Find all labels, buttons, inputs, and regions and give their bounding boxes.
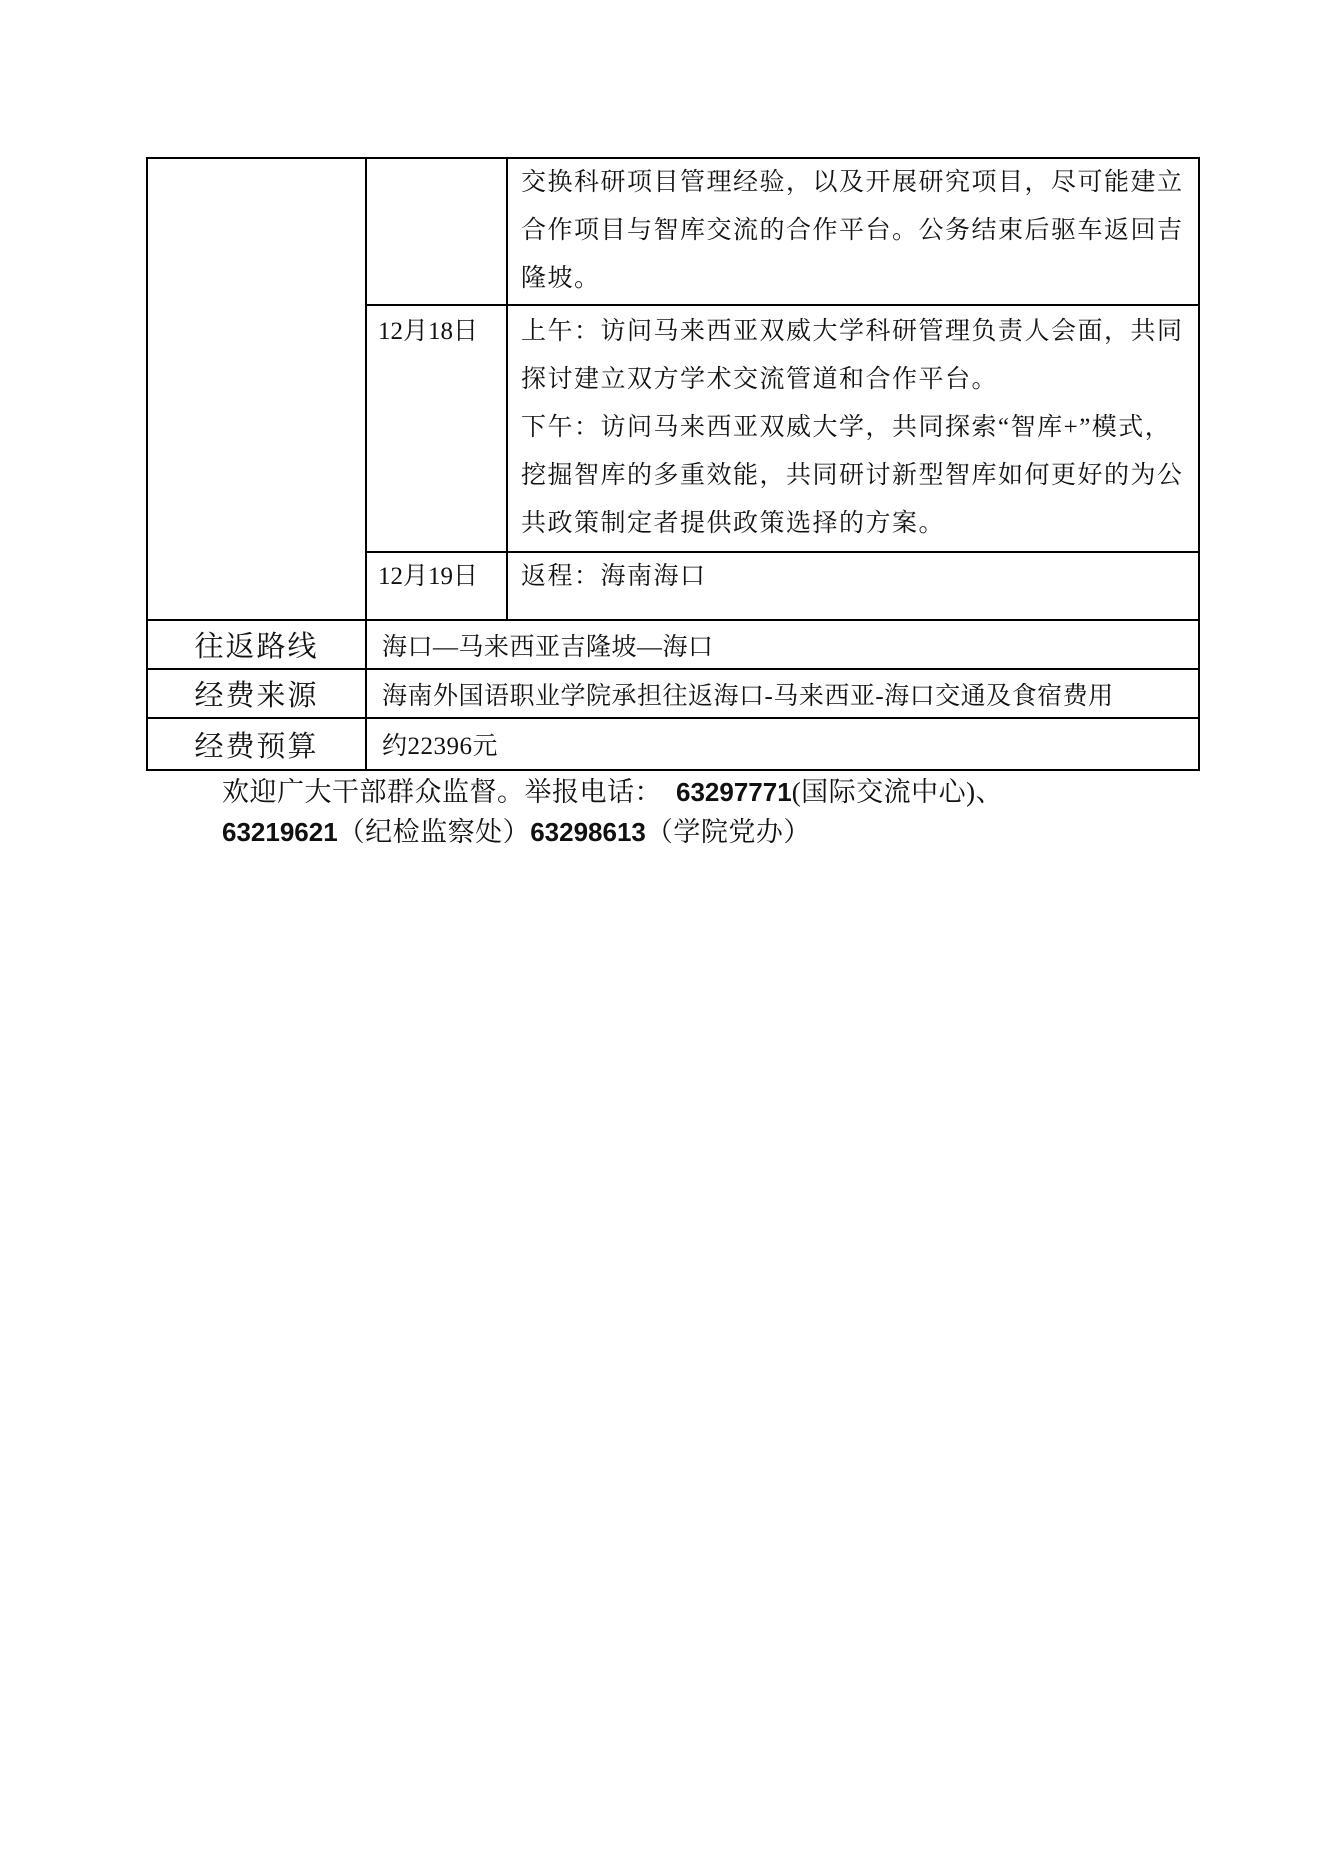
footer-intro-text: 欢迎广大干部群众监督。举报电话： [222, 777, 662, 807]
activity-text-line: 探讨建立双方学术交流管道和合作平台。 [521, 356, 1188, 404]
hotline-number: 63297771 [676, 777, 792, 807]
schedule-row-dec19: 12月19日 返程：海南海口 [367, 551, 1198, 619]
activity-content-cell: 交换科研项目管理经验，以及开展研究项目，尽可能建立 合作项目与智库交流的合作平台… [508, 159, 1198, 304]
activity-content-cell: 返程：海南海口 [508, 553, 1198, 619]
info-row-funding-source: 经费来源 海南外国语职业学院承担往返海口-马来西亚-海口交通及食宿费用 [148, 668, 1198, 717]
supervision-footer: 欢迎广大干部群众监督。举报电话：63297771(国际交流中心)、 632196… [222, 772, 1202, 852]
activity-text-line: 返程：海南海口 [521, 553, 1188, 601]
itinerary-table: 交换科研项目管理经验，以及开展研究项目，尽可能建立 合作项目与智库交流的合作平台… [146, 157, 1200, 771]
info-row-value: 海南外国语职业学院承担往返海口-马来西亚-海口交通及食宿费用 [367, 670, 1198, 717]
activity-text-line: 交换科研项目管理经验，以及开展研究项目，尽可能建立 [521, 159, 1188, 207]
hotline-number: 63298613 [530, 817, 646, 847]
document-page: 交换科研项目管理经验，以及开展研究项目，尽可能建立 合作项目与智库交流的合作平台… [0, 0, 1323, 1871]
hotline-number: 63219621 [222, 817, 338, 847]
date-cell: 12月18日 [367, 306, 508, 551]
schedule-row-continuation: 交换科研项目管理经验，以及开展研究项目，尽可能建立 合作项目与智库交流的合作平台… [367, 159, 1198, 304]
schedule-merged-empty-cell [148, 159, 367, 619]
info-row-value: 约22396元 [367, 719, 1198, 769]
info-row-budget: 经费预算 约22396元 [148, 717, 1198, 769]
info-row-route: 往返路线 海口—马来西亚吉隆坡—海口 [148, 619, 1198, 668]
hotline-department: （学院党办） [646, 817, 811, 847]
activity-text-line: 挖掘智库的多重效能，共同研讨新型智库如何更好的为公 [521, 452, 1188, 500]
footer-line-1: 欢迎广大干部群众监督。举报电话：63297771(国际交流中心)、 [222, 772, 1202, 812]
info-row-label: 往返路线 [148, 621, 367, 668]
date-cell-empty [367, 159, 508, 304]
activity-text-line: 下午：访问马来西亚双威大学，共同探索“智库+”模式， [521, 404, 1188, 452]
activity-text-line: 上午：访问马来西亚双威大学科研管理负责人会面，共同 [521, 308, 1188, 356]
schedule-row-dec18: 12月18日 上午：访问马来西亚双威大学科研管理负责人会面，共同 探讨建立双方学… [367, 304, 1198, 551]
activity-text-line: 共政策制定者提供政策选择的方案。 [521, 500, 1188, 548]
schedule-rows: 交换科研项目管理经验，以及开展研究项目，尽可能建立 合作项目与智库交流的合作平台… [367, 159, 1198, 619]
activity-text-line: 合作项目与智库交流的合作平台。公务结束后驱车返回吉 [521, 207, 1188, 255]
footer-line-2: 63219621（纪检监察处）63298613（学院党办） [222, 812, 1202, 852]
schedule-section: 交换科研项目管理经验，以及开展研究项目，尽可能建立 合作项目与智库交流的合作平台… [148, 159, 1198, 619]
info-row-label: 经费预算 [148, 719, 367, 769]
hotline-department: （纪检监察处） [338, 817, 531, 847]
activity-text-line: 隆坡。 [521, 255, 1188, 303]
info-row-value: 海口—马来西亚吉隆坡—海口 [367, 621, 1198, 668]
info-row-label: 经费来源 [148, 670, 367, 717]
hotline-department: (国际交流中心)、 [792, 777, 1003, 807]
date-cell: 12月19日 [367, 553, 508, 619]
activity-content-cell: 上午：访问马来西亚双威大学科研管理负责人会面，共同 探讨建立双方学术交流管道和合… [508, 306, 1198, 551]
